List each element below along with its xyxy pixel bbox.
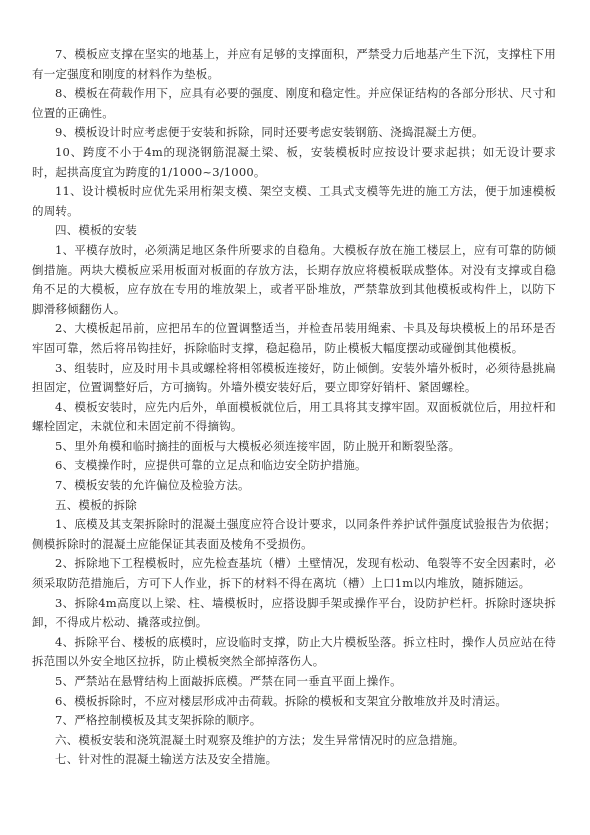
installation-item-2: 2、大模板起吊前，应把吊车的位置调整适当，并检查吊装用绳索、卡具及每块模板上的吊… [32,319,556,358]
removal-item-2: 2、拆除地下工程模板时，应先检查基坑（槽）土壁情况，发现有松动、龟裂等不安全因素… [32,554,556,593]
section-heading-concrete-transport: 七、针对性的混凝土输送方法及安全措施。 [32,750,556,770]
removal-item-6: 6、模板拆除时，不应对楼层形成冲击荷载。拆除的模板和支架宜分散堆放并及时清运。 [32,692,556,712]
removal-item-1: 1、底模及其支架拆除时的混凝土强度应符合设计要求，以同条件养护试件强度试验报告为… [32,515,556,554]
installation-item-5: 5、里外角模和临时摘挂的面板与大模板必须连接牢固，防止脱开和断裂坠落。 [32,437,556,457]
removal-item-4: 4、拆除平台、楼板的底模时，应设临时支撑，防止大片模板坠落。拆立柱时，操作人员应… [32,633,556,672]
installation-item-6: 6、支模操作时，应提供可靠的立足点和临边安全防护措施。 [32,456,556,476]
removal-item-7: 7、严格控制模板及其支架拆除的顺序。 [32,711,556,731]
removal-item-5: 5、严禁站在悬臂结构上面敲拆底模。严禁在同一垂直平面上操作。 [32,672,556,692]
general-item-10: 10、跨度不小于4m的现浇钢筋混凝土梁、板，安装模板时应按设计要求起拱；如无设计… [32,143,556,182]
general-item-11: 11、设计模板时应优先采用桁架支模、架空支模、工具式支模等先进的施工方法，便于加… [32,182,556,221]
section-heading-observation-maintenance: 六、模板安装和浇筑混凝土时观察及维护的方法；发生异常情况时的应急措施。 [32,731,556,751]
section-heading-formwork-removal: 五、模板的拆除 [32,496,556,516]
general-item-8: 8、模板在荷载作用下，应具有必要的强度、刚度和稳定性。并应保证结构的各部分形状、… [32,84,556,123]
installation-item-3: 3、组装时，应及时用卡具或螺栓将相邻模板连接好，防止倾倒。安装外墙外板时，必须待… [32,359,556,398]
installation-item-4: 4、模板安装时，应先内后外，单面模板就位后，用工具将其支撑牢固。双面板就位后，用… [32,398,556,437]
general-item-9: 9、模板设计时应考虑便于安装和拆除，同时还要考虑安装钢筋、浇捣混凝土方便。 [32,123,556,143]
installation-item-1: 1、平模存放时，必须满足地区条件所要求的自稳角。大模板存放在施工楼层上，应有可靠… [32,241,556,319]
section-heading-formwork-installation: 四、模板的安装 [32,221,556,241]
document-page: 7、模板应支撑在坚实的地基上，并应有足够的支撑面积，严禁受力后地基产生下沉，支撑… [0,0,590,835]
installation-item-7: 7、模板安装的允许偏位及检验方法。 [32,476,556,496]
general-item-7: 7、模板应支撑在坚实的地基上，并应有足够的支撑面积，严禁受力后地基产生下沉，支撑… [32,45,556,84]
removal-item-3: 3、拆除4m高度以上梁、柱、墙模板时，应搭设脚手架或操作平台，设防护栏杆。拆除时… [32,594,556,633]
